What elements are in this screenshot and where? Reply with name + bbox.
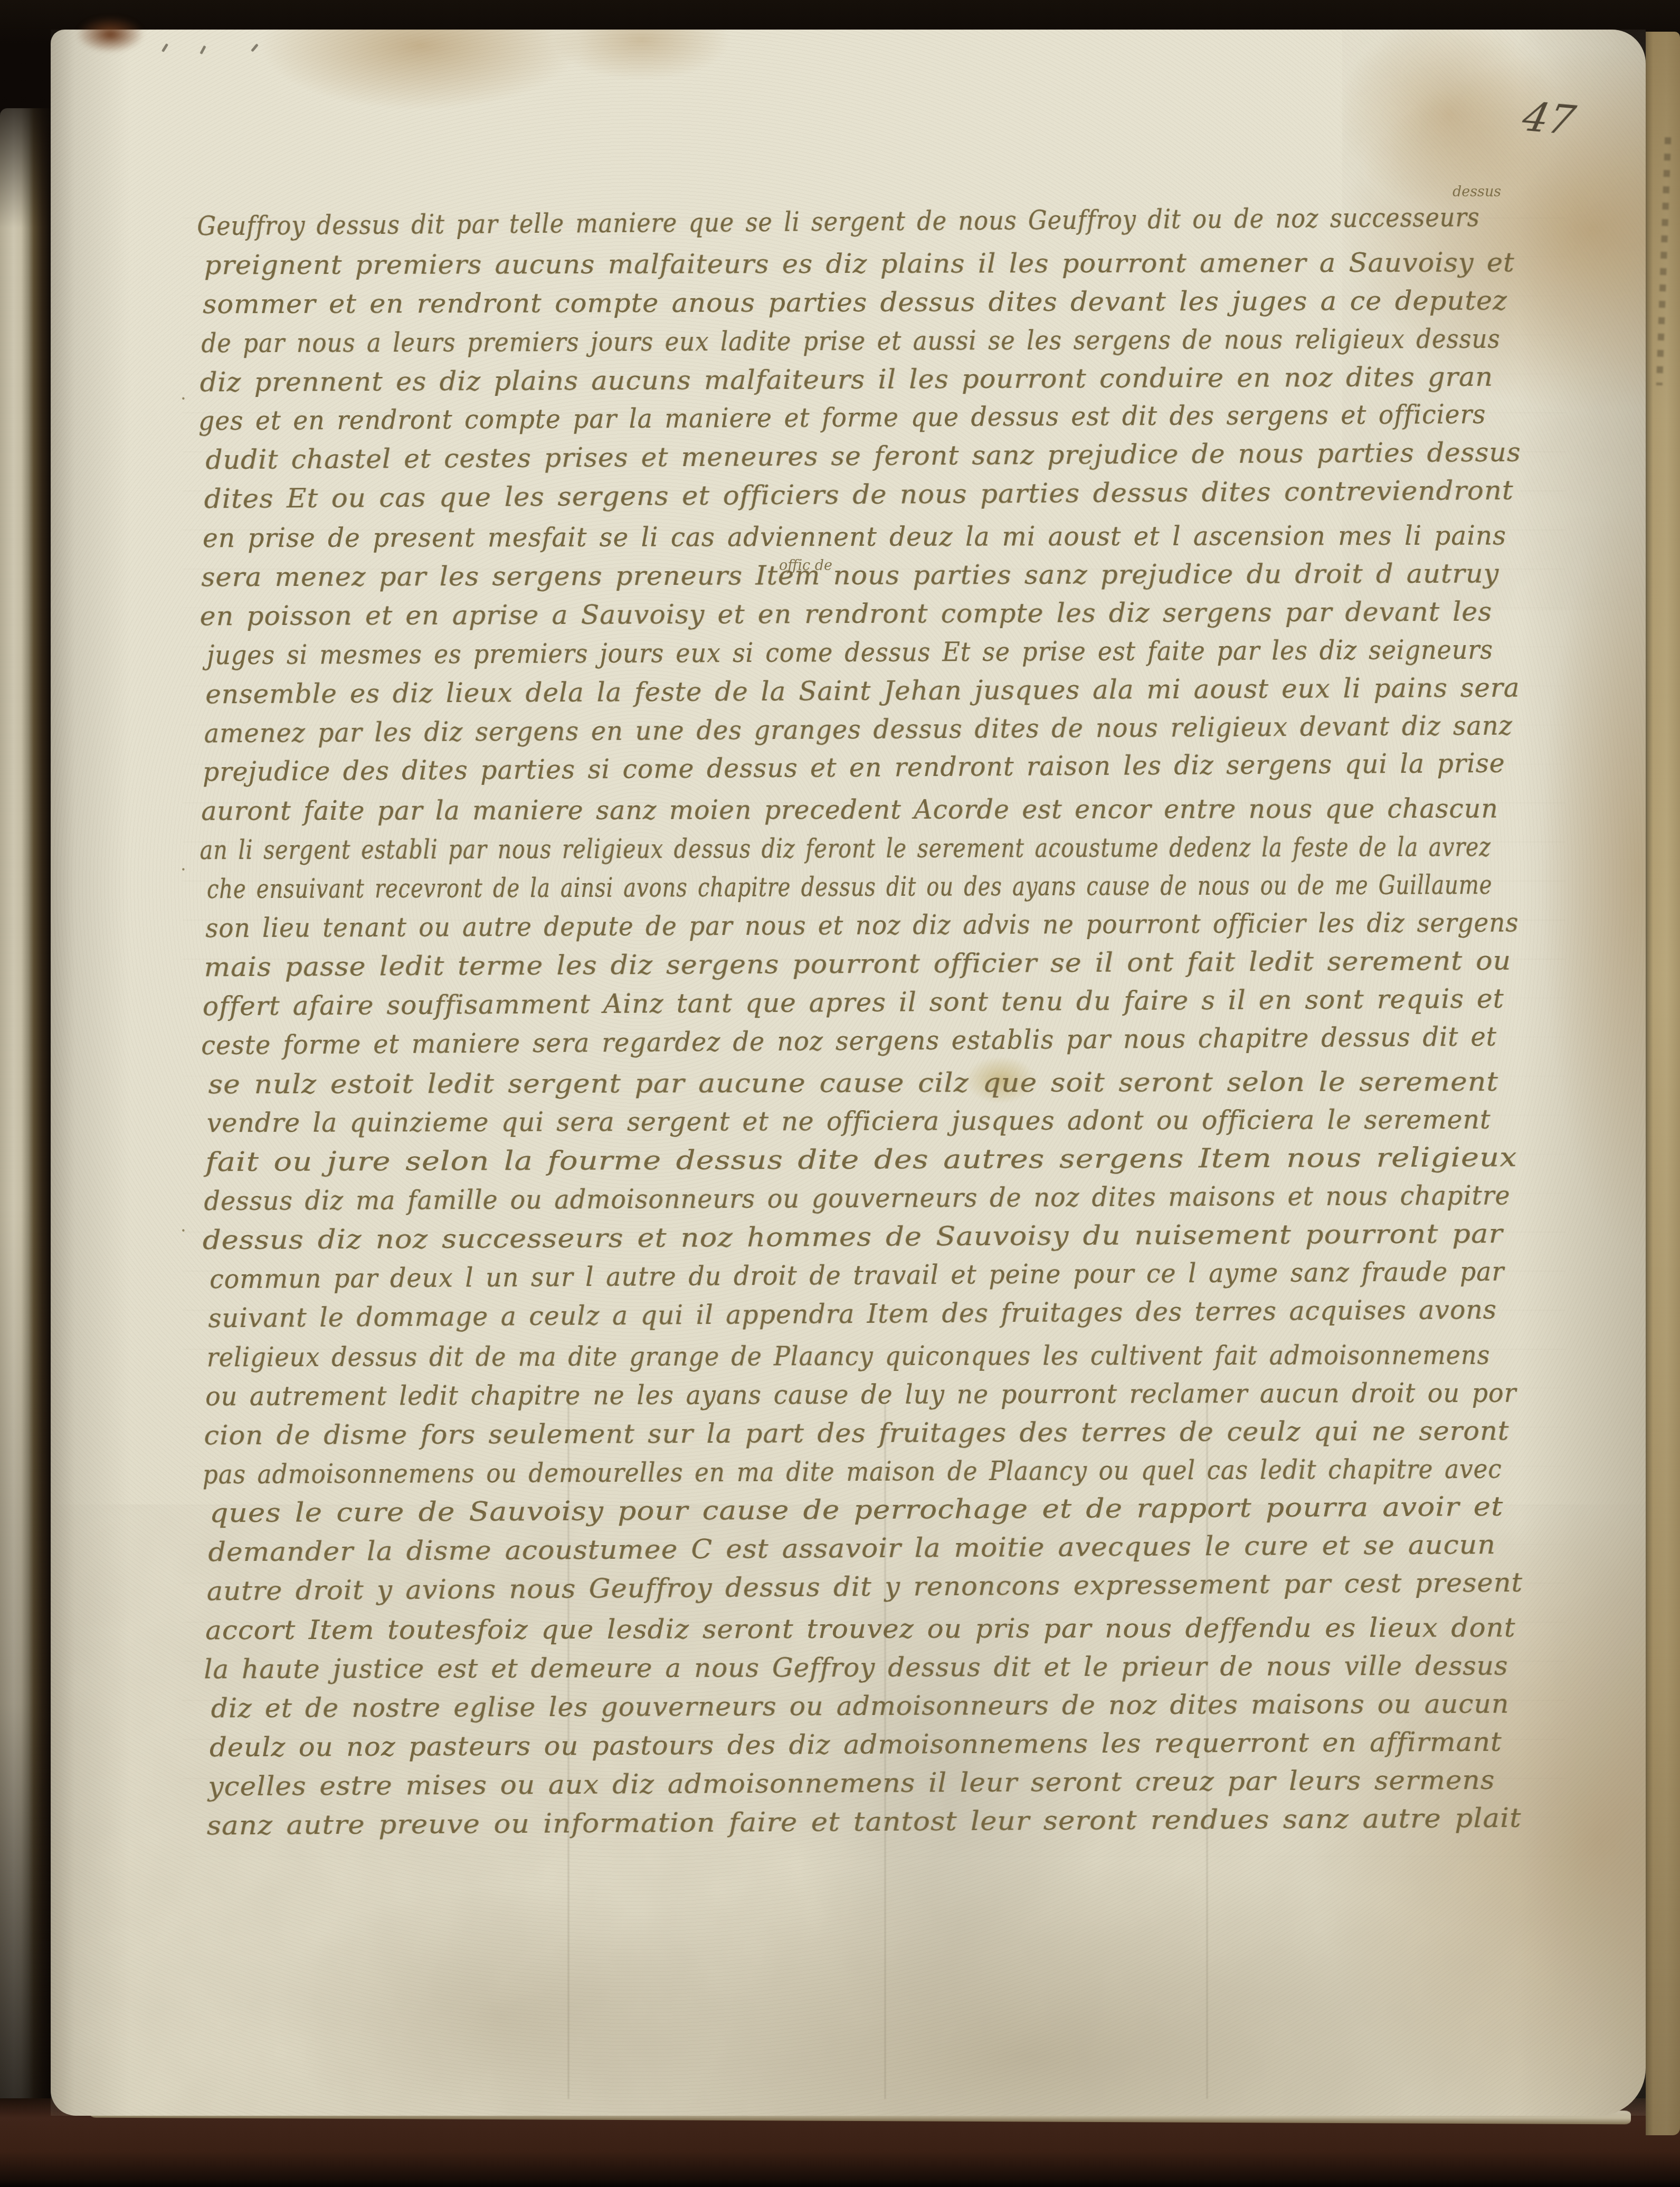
text-line: en prise de present mesfait se li cas ad… — [203, 517, 1522, 562]
manuscript-page: 47 Geuffroy dessus dit par telle maniere… — [51, 30, 1646, 2116]
ink-tick — [162, 43, 168, 52]
text-line-ink: ques le cure de Sauvoisy pour cause de p… — [210, 1491, 1504, 1528]
text-line: ceste forme et maniere sera regardez de … — [201, 1024, 1524, 1069]
text-block: Geuffroy dessus dit par telle maniere qu… — [201, 205, 1528, 1849]
text-line-ink: preignent premiers aucuns malfaiteurs es… — [204, 247, 1515, 280]
text-line-ink: pas admoisonnemens ou demourelles en ma … — [203, 1453, 1502, 1490]
text-line: Geuffroy dessus dit par telle maniere qu… — [197, 205, 1521, 250]
text-line: dites Et ou cas que les sergens et offic… — [204, 478, 1522, 523]
text-line: sanz autre preuve ou information faire e… — [206, 1804, 1527, 1849]
text-line: pas admoisonnemens ou demourelles en ma … — [203, 1453, 1526, 1498]
text-line-ink: en poisson et en aprise a Sauvoisy et en… — [200, 597, 1492, 632]
text-line: diz prennent es diz plains aucuns malfai… — [200, 361, 1522, 406]
folio-number: 47 — [1518, 93, 1634, 148]
text-line: religieux dessus dit de ma dite grange d… — [207, 1336, 1526, 1381]
text-line: cion de disme fors seulement sur la part… — [204, 1414, 1526, 1459]
text-line: accort Item toutesfoiz que lesdiz seront… — [205, 1610, 1527, 1654]
text-line-ink: auront faite par la maniere sanz moien p… — [201, 793, 1498, 827]
text-line-ink: fait ou jure selon la fourme dessus dite… — [205, 1142, 1517, 1178]
text-line: sommer et en rendront compte anous parti… — [203, 283, 1521, 328]
text-line: juges si mesmes es premiers jours eux si… — [207, 634, 1523, 679]
text-line-ink: ycelles estre mises ou aux diz admoisonn… — [208, 1765, 1495, 1802]
text-line: prejudice des dites parties si come dess… — [203, 751, 1523, 796]
text-line: suivant le dommage a ceulz a qui il appe… — [208, 1297, 1525, 1342]
text-line: vendre la quinzieme qui sera sergent et … — [207, 1102, 1525, 1147]
text-line-ink: ges et en rendront compte par la maniere… — [198, 399, 1486, 437]
interlinear-addition: offic de — [779, 557, 832, 574]
text-line: che ensuivant recevront de la ainsi avon… — [207, 868, 1524, 913]
ink-tick — [251, 43, 259, 52]
text-line-ink: en prise de present mesfait se li cas ad… — [203, 520, 1506, 554]
text-line: la haute justice est et demeure a nous G… — [204, 1648, 1527, 1693]
interlinear-addition: dessus — [1453, 184, 1501, 200]
margin-mark: · — [181, 859, 186, 881]
text-line: dessus diz ma famille ou admoisonneurs o… — [204, 1180, 1525, 1225]
fold-line — [568, 1402, 569, 2099]
text-line: preignent premiers aucuns malfaiteurs es… — [204, 244, 1521, 289]
text-line-ink: vendre la quinzieme qui sera sergent et … — [207, 1104, 1491, 1139]
text-line-ink: ensemble es diz lieux dela la feste de l… — [205, 672, 1520, 709]
text-line-ink: se nulz estoit ledit sergent par aucune … — [208, 1066, 1498, 1100]
text-line: an li sergent establi par nous religieux… — [200, 829, 1523, 874]
text-line: diz et de nostre eglise les gouverneurs … — [211, 1687, 1527, 1732]
text-line: de par nous a leurs premiers jours eux l… — [201, 322, 1521, 367]
fold-line — [1207, 1402, 1208, 2099]
text-line-ink: diz prennent es diz plains aucuns malfai… — [200, 361, 1494, 397]
text-line-ink: ou autrement ledit chapitre ne les ayans… — [205, 1377, 1516, 1412]
text-line-ink: dessus diz ma famille ou admoisonneurs o… — [204, 1180, 1510, 1217]
text-line-ink: accort Item toutesfoiz que lesdiz seront… — [205, 1612, 1516, 1645]
text-line: en poisson et en aprise a Sauvoisy et en… — [200, 595, 1522, 640]
binding-stain-blotch — [76, 16, 145, 53]
margin-mark: · — [181, 389, 186, 410]
fore-edge-next-page — [1646, 32, 1680, 2135]
text-line-ink: juges si mesmes es premiers jours eux si… — [207, 635, 1493, 671]
text-line-ink: deulz ou noz pasteurs ou pastours des di… — [210, 1726, 1502, 1763]
text-line-ink: an li sergent establi par nous religieux… — [200, 832, 1491, 866]
manuscript-photo: 47 Geuffroy dessus dit par telle maniere… — [0, 0, 1680, 2187]
text-line: auront faite par la maniere sanz moien p… — [201, 790, 1523, 835]
text-line-ink: Geuffroy dessus dit par telle maniere qu… — [197, 202, 1479, 242]
text-line-ink: cion de disme fors seulement sur la part… — [204, 1415, 1509, 1451]
text-line: sera menez par les sergens preneurs Item… — [201, 556, 1522, 601]
text-line-ink: mais passe ledit terme les diz sergens p… — [204, 945, 1511, 983]
text-line: ou autrement ledit chapitre ne les ayans… — [205, 1375, 1526, 1420]
text-line-ink: la haute justice est et demeure a nous G… — [204, 1651, 1508, 1685]
text-line: deulz ou noz pasteurs ou pastours des di… — [210, 1726, 1527, 1771]
margin-mark: · — [181, 1220, 186, 1242]
text-line-ink: che ensuivant recevront de la ainsi avon… — [207, 869, 1492, 904]
text-line-ink: religieux dessus dit de ma dite grange d… — [207, 1340, 1490, 1372]
fold-line — [885, 1402, 886, 2099]
text-line: fait ou jure selon la fourme dessus dite… — [205, 1141, 1525, 1186]
text-line: se nulz estoit ledit sergent par aucune … — [208, 1063, 1524, 1108]
text-line-ink: diz et de nostre eglise les gouverneurs … — [211, 1688, 1510, 1724]
fore-edge-ghost-writing — [1656, 137, 1671, 385]
ink-tick — [200, 45, 206, 54]
text-line-ink: son lieu tenant ou autre depute de par n… — [205, 907, 1518, 944]
text-line-ink: sera menez par les sergens preneurs Item… — [201, 558, 1499, 593]
text-line-ink: dessus diz noz successeurs et noz hommes… — [203, 1218, 1503, 1256]
gutter-previous-page-edge — [0, 108, 52, 2104]
text-line: son lieu tenant ou autre depute de par n… — [205, 907, 1524, 952]
text-line-ink: de par nous a leurs premiers jours eux l… — [201, 324, 1500, 359]
text-line-ink: sommer et en rendront compte anous parti… — [203, 285, 1507, 319]
text-line: autre droit y avions nous Geuffroy dessu… — [207, 1570, 1527, 1615]
